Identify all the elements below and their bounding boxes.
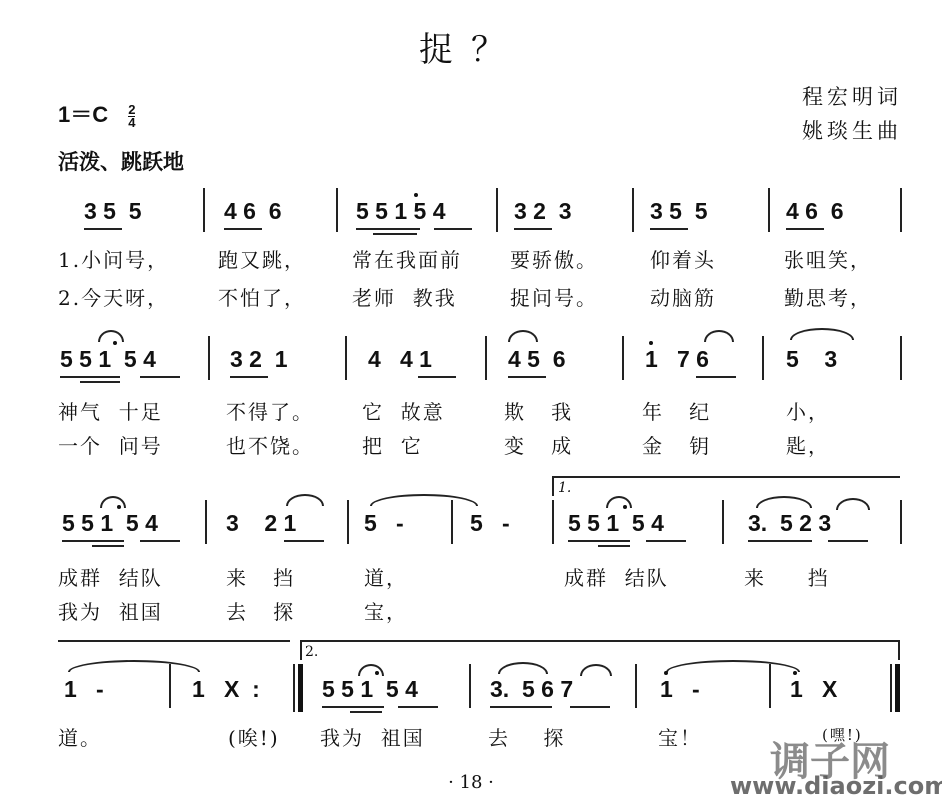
lyric: 道，	[364, 562, 408, 591]
lyric: 张咀笑，	[784, 244, 872, 273]
double-underline	[350, 711, 382, 713]
lyric: 欺 我	[504, 396, 573, 425]
double-underline	[80, 381, 120, 383]
song-title: 捉？	[0, 22, 942, 71]
barline	[900, 336, 902, 380]
measure: 1 -	[660, 676, 700, 703]
underline	[140, 376, 180, 378]
barline	[496, 188, 498, 232]
measure: 3 2 1	[230, 346, 288, 373]
underline	[570, 706, 610, 708]
tempo-marking: 活泼、跳跃地	[58, 146, 184, 176]
high-octave-dot	[623, 505, 627, 509]
underline	[490, 706, 552, 708]
lyric: (唉!)	[228, 722, 280, 751]
barline	[208, 336, 210, 380]
slur	[98, 330, 124, 342]
lyric: 我为 祖国	[320, 722, 425, 751]
slur	[836, 498, 870, 510]
measure: 3. 5 2 3	[748, 510, 831, 537]
underline	[748, 540, 812, 542]
underline	[284, 540, 324, 542]
repeat-end-thin	[293, 664, 295, 712]
underline	[322, 706, 384, 708]
double-underline	[92, 545, 124, 547]
barline	[762, 336, 764, 380]
underline	[140, 540, 180, 542]
measure: 4 6 6	[224, 198, 282, 225]
measure: 3 2 1	[226, 510, 296, 537]
tie	[68, 660, 200, 672]
lyric: 去 探	[488, 722, 565, 751]
measure: 5 5 1 5 4	[322, 676, 418, 703]
volta-bracket-1	[552, 476, 900, 478]
lyric: 道。	[58, 722, 102, 751]
volta-label: 2.	[305, 644, 318, 660]
lyric: 1.小问号，	[58, 244, 169, 273]
barline	[205, 500, 207, 544]
measure: 4 4 1	[368, 346, 432, 373]
barline	[635, 664, 637, 708]
key-signature: 1＝C 2 4	[58, 98, 135, 129]
volta-bracket-edge	[898, 640, 900, 660]
double-underline	[373, 233, 417, 235]
slur	[580, 664, 612, 676]
lyric: 不得了。	[226, 396, 314, 425]
underline	[508, 376, 546, 378]
barline	[900, 500, 902, 544]
lyric: 神气 十足	[58, 396, 163, 425]
lyric: 宝，	[364, 596, 408, 625]
volta-bracket-1-continued	[58, 640, 290, 642]
lyric: 成群 结队	[58, 562, 163, 591]
measure: 5 5 1 5 4	[60, 346, 156, 373]
measure: 1 X	[790, 676, 837, 703]
lyric: 勤思考，	[784, 282, 872, 311]
underline	[230, 376, 268, 378]
underline	[786, 228, 824, 230]
slur	[790, 328, 854, 340]
slur	[704, 330, 734, 342]
lyric: 常在我面前	[352, 244, 462, 273]
volta-bracket-edge	[300, 640, 302, 660]
time-sig-bottom: 4	[128, 116, 135, 129]
underline	[224, 228, 262, 230]
volta-bracket-2	[300, 640, 900, 642]
barline	[203, 188, 205, 232]
measure: 5 5 1 5 4	[568, 510, 664, 537]
lyric: 成群 结队	[564, 562, 669, 591]
measure: 3 5 5	[84, 198, 142, 225]
barline	[900, 188, 902, 232]
measure: 1 -	[64, 676, 104, 703]
high-octave-dot	[664, 671, 668, 675]
underline	[514, 228, 552, 230]
measure: 4 6 6	[786, 198, 844, 225]
measure: 5 5 1 5 4	[356, 198, 446, 225]
barline	[722, 500, 724, 544]
lyric: 捉问号。	[510, 282, 598, 311]
barline	[469, 664, 471, 708]
measure: 3. 5 6 7	[490, 676, 573, 703]
lyric: 一个 问号	[58, 430, 163, 459]
lyric: 不怕了，	[218, 282, 306, 311]
measure: 3 2 3	[514, 198, 572, 225]
lyric: 动脑筋	[650, 282, 716, 311]
tie	[666, 660, 800, 672]
underline	[356, 228, 420, 230]
slur	[100, 496, 126, 508]
barline	[552, 500, 554, 544]
underline	[398, 706, 438, 708]
barline	[336, 188, 338, 232]
final-barline-thick	[895, 664, 900, 712]
time-signature: 2 4	[128, 104, 135, 129]
lyric: 老师 教我	[352, 282, 457, 311]
measure: 1 X :	[192, 676, 260, 703]
lyric: 金 钥	[642, 430, 711, 459]
slur	[756, 496, 812, 508]
double-underline	[598, 545, 630, 547]
measure: 4 5 6	[508, 346, 566, 373]
barline	[632, 188, 634, 232]
lyric: 跑又跳，	[218, 244, 306, 273]
lyric: 它 故意	[362, 396, 445, 425]
underline	[696, 376, 736, 378]
slur	[606, 496, 632, 508]
measure: 5 5 1 5 4	[62, 510, 158, 537]
barline	[622, 336, 624, 380]
high-octave-dot	[414, 193, 418, 197]
barline	[451, 500, 453, 544]
barline	[768, 188, 770, 232]
slur	[358, 664, 384, 676]
slur	[286, 494, 324, 506]
lyric: 匙，	[786, 430, 830, 459]
underline	[60, 376, 120, 378]
underline	[828, 540, 868, 542]
barline	[345, 336, 347, 380]
volta-bracket-edge	[552, 476, 554, 496]
lyric: 去 探	[226, 596, 295, 625]
underline	[418, 376, 456, 378]
lyric: 把 它	[362, 430, 423, 459]
underline	[434, 228, 472, 230]
composer: 姚琰生曲	[802, 114, 902, 148]
lyric: 年 纪	[642, 396, 711, 425]
underline	[84, 228, 122, 230]
measure: 1 7 6	[645, 346, 709, 373]
high-octave-dot	[375, 671, 379, 675]
underline	[62, 540, 124, 542]
high-octave-dot	[793, 671, 797, 675]
slur	[508, 330, 538, 342]
time-sig-top: 2	[128, 104, 135, 116]
measure: 3 5 5	[650, 198, 708, 225]
underline	[568, 540, 630, 542]
high-octave-dot	[117, 505, 121, 509]
underline	[650, 228, 688, 230]
barline	[347, 500, 349, 544]
lyric: 我为 祖国	[58, 596, 163, 625]
measure: 5 -	[364, 510, 404, 537]
key-label: 1＝C	[58, 102, 108, 127]
underline	[646, 540, 686, 542]
lyric: 来 挡	[744, 562, 830, 591]
measure: 5 -	[470, 510, 510, 537]
lyric: 也不饶。	[226, 430, 314, 459]
slur	[498, 662, 548, 674]
high-octave-dot	[113, 341, 117, 345]
watermark-url: www.diaozi.com	[730, 772, 942, 800]
tie	[370, 494, 478, 506]
lyric: 来 挡	[226, 562, 295, 591]
lyric: 宝！	[658, 722, 702, 751]
lyric: 仰着头	[650, 244, 716, 273]
measure: 5 3	[786, 346, 837, 373]
lyric: 要骄傲。	[510, 244, 598, 273]
lyric: 小，	[786, 396, 830, 425]
repeat-end-thick	[298, 664, 303, 712]
high-octave-dot	[649, 341, 653, 345]
lyricist: 程宏明词	[802, 80, 902, 114]
credits: 程宏明词 姚琰生曲	[802, 80, 902, 148]
volta-label: 1.	[558, 480, 571, 496]
barline	[485, 336, 487, 380]
final-barline-thin	[890, 664, 892, 712]
lyric: 变 成	[504, 430, 573, 459]
lyric: 2.今天呀，	[58, 282, 169, 311]
